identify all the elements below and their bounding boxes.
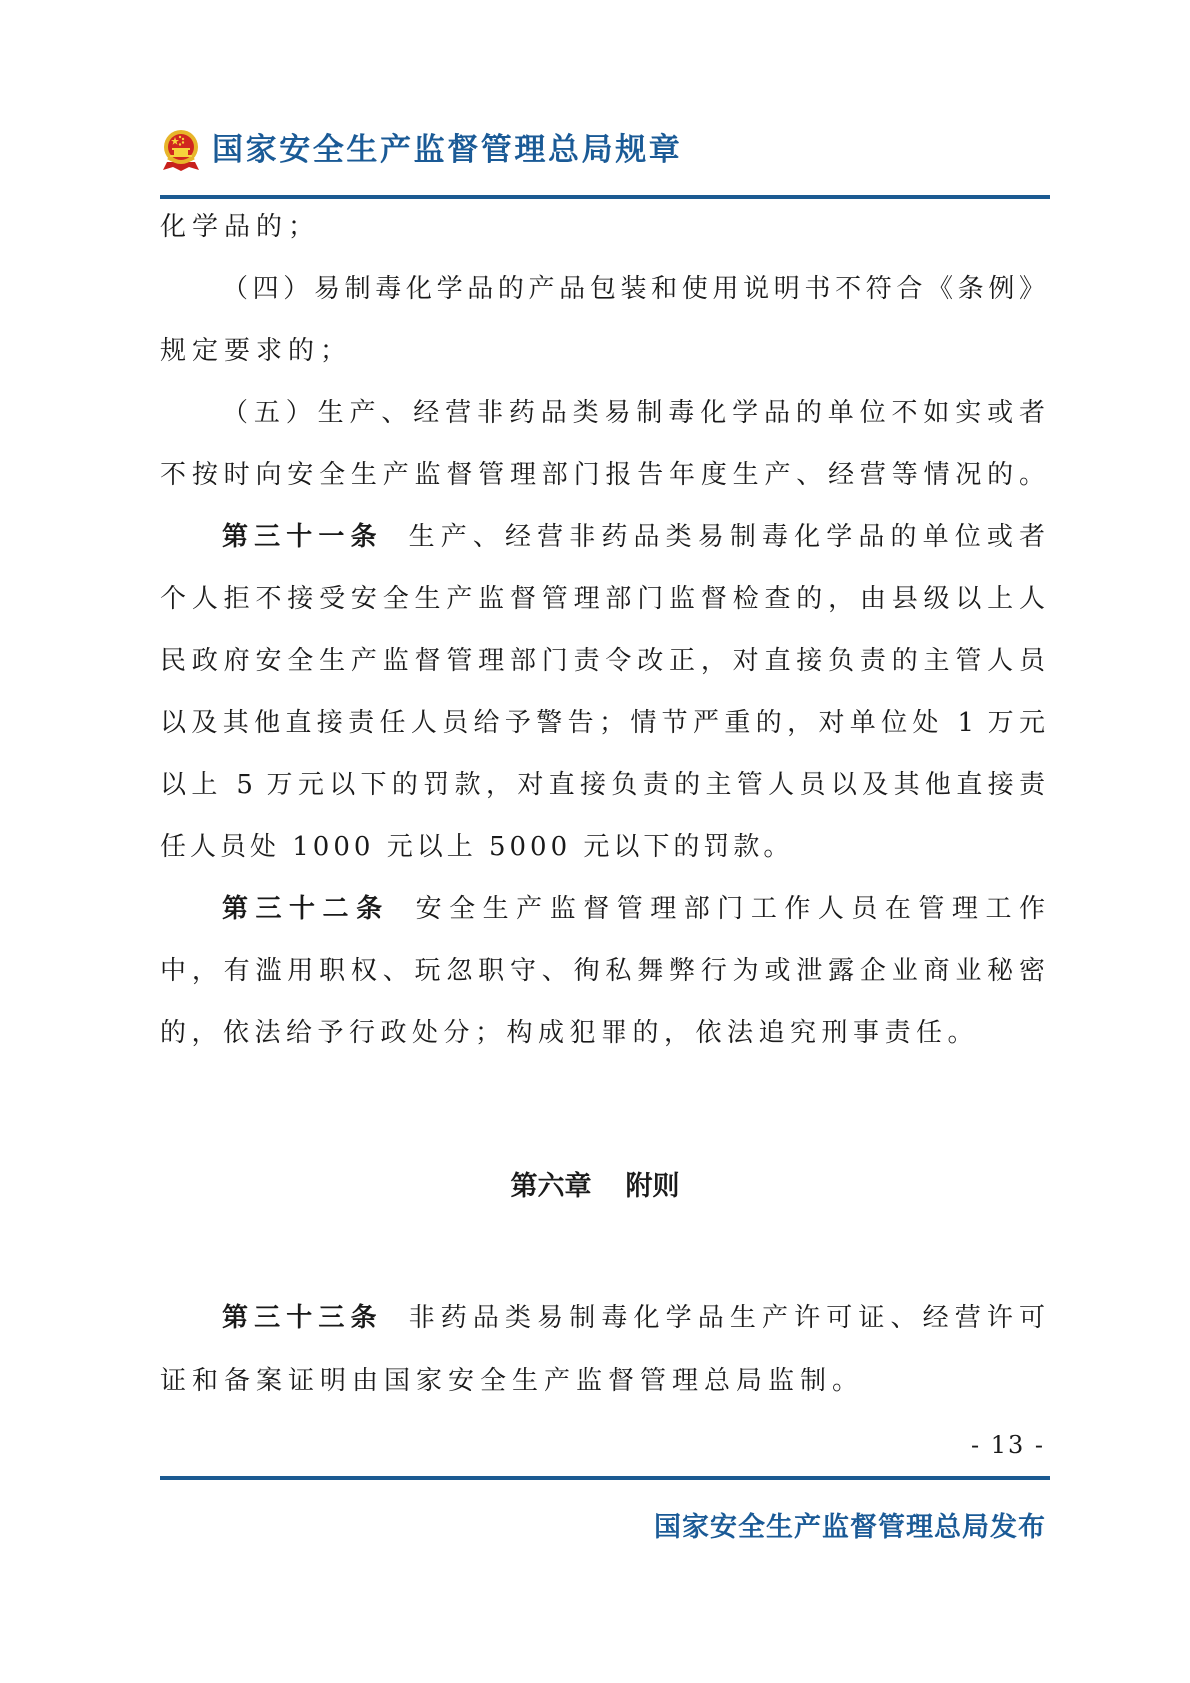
body-line: 的，依法给予行政处分；构成犯罪的，依法追究刑事责任。 — [160, 1013, 1045, 1053]
chapter-number: 第六章 — [511, 1171, 592, 1202]
header-divider — [160, 195, 1050, 199]
article-31-first-line: 第三十一条生产、经营非药品类易制毒化学品的单位或者 — [222, 517, 1045, 557]
body-line: 证和备案证明由国家安全生产监督管理总局监制。 — [160, 1361, 1045, 1401]
body-line: 不按时向安全生产监督管理部门报告年度生产、经营等情况的。 — [160, 455, 1045, 495]
page-number: - 13 - — [920, 1428, 1045, 1462]
chapter-heading: 第六章附则 — [0, 1167, 1190, 1207]
header-title: 国家安全生产监督管理总局规章 — [212, 128, 682, 172]
body-line: 规定要求的； — [160, 331, 1045, 371]
footer-publisher: 国家安全生产监督管理总局发布 — [654, 1508, 1046, 1548]
article-33-label: 第三十三条 — [222, 1303, 383, 1333]
body-line: （四）易制毒化学品的产品包装和使用说明书不符合《条例》 — [222, 269, 1045, 309]
article-33-first-line: 第三十三条非药品类易制毒化学品生产许可证、经营许可 — [222, 1298, 1045, 1338]
body-line: 个人拒不接受安全生产监督管理部门监督检查的，由县级以上人 — [160, 579, 1045, 619]
article-text: 非药品类易制毒化学品生产许可证、经营许可 — [409, 1303, 1045, 1333]
chapter-title: 附则 — [626, 1171, 680, 1202]
article-text: 安全生产监督管理部门工作人员在管理工作 — [416, 894, 1045, 924]
body-line: 以上 5 万元以下的罚款，对直接负责的主管人员以及其他直接责 — [160, 765, 1045, 805]
body-line: 以及其他直接责任人员给予警告；情节严重的，对单位处 1 万元 — [160, 703, 1045, 743]
body-line: （五）生产、经营非药品类易制毒化学品的单位不如实或者 — [222, 393, 1045, 433]
article-text: 生产、经营非药品类易制毒化学品的单位或者 — [409, 522, 1045, 552]
body-line: 中，有滥用职权、玩忽职守、徇私舞弊行为或泄露企业商业秘密 — [160, 951, 1045, 991]
national-emblem-icon — [161, 128, 201, 172]
body-line: 民政府安全生产监督管理部门责令改正，对直接负责的主管人员 — [160, 641, 1045, 681]
article-31-label: 第三十一条 — [222, 522, 383, 552]
article-32-first-line: 第三十二条安全生产监督管理部门工作人员在管理工作 — [222, 889, 1045, 929]
footer-divider — [160, 1476, 1050, 1480]
body-line: 化学品的； — [160, 207, 1045, 247]
body-line: 任人员处 1000 元以上 5000 元以下的罚款。 — [160, 827, 1045, 867]
article-32-label: 第三十二条 — [222, 894, 390, 924]
